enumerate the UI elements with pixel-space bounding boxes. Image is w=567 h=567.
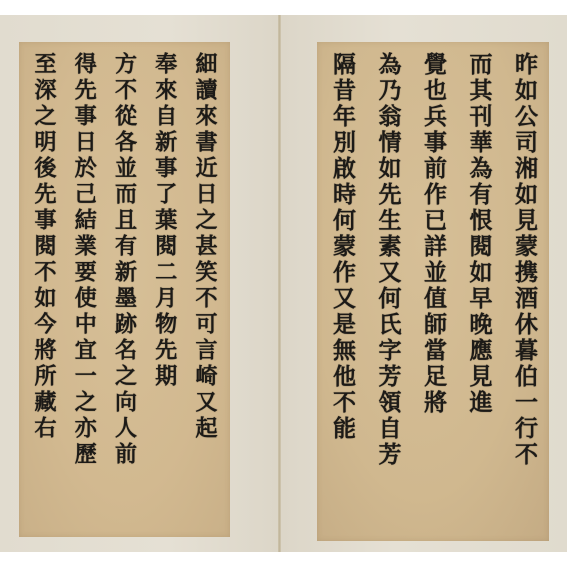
calligraphy-column: 細讀來書近日之甚笑不可言崎又起 <box>190 52 220 529</box>
right-text-columns: 昨如公司湘如見蒙携酒休暮伯一行不 而其刊華為有恨閱如早晚應見進 覺也兵事前作已詳… <box>317 42 549 541</box>
calligraphy-column: 得先事日於己結業要使中宜一之亦歷 <box>69 52 99 529</box>
calligraphy-column: 昨如公司湘如見蒙携酒休暮伯一行不 <box>509 52 539 533</box>
calligraphy-column: 奉來自新事了葉閱二月物先期 <box>150 52 180 529</box>
left-text-columns: 細讀來書近日之甚笑不可言崎又起 奉來自新事了葉閱二月物先期 方不從各並而且有新墨… <box>19 42 230 537</box>
album-spread: 細讀來書近日之甚笑不可言崎又起 奉來自新事了葉閱二月物先期 方不從各並而且有新墨… <box>0 15 567 552</box>
calligraphy-column: 方不從各並而且有新墨跡名之向人前 <box>110 52 140 529</box>
calligraphy-column: 而其刊華為有恨閱如早晚應見進 <box>464 52 494 533</box>
album-center-fold <box>278 15 281 552</box>
calligraphy-column: 覺也兵事前作已詳並值師當足將 <box>418 52 448 533</box>
calligraphy-column: 隔昔年別啟時何蒙作又是無他不能 <box>327 52 357 533</box>
left-calligraphy-panel: 細讀來書近日之甚笑不可言崎又起 奉來自新事了葉閱二月物先期 方不從各並而且有新墨… <box>19 42 230 537</box>
calligraphy-column: 至深之明後先事閱不如今將所藏右 <box>29 52 59 529</box>
calligraphy-column: 為乃翁情如先生素又何氏字芳領自芳 <box>373 52 403 533</box>
left-album-leaf: 細讀來書近日之甚笑不可言崎又起 奉來自新事了葉閱二月物先期 方不從各並而且有新墨… <box>0 15 279 552</box>
right-calligraphy-panel: 昨如公司湘如見蒙携酒休暮伯一行不 而其刊華為有恨閱如早晚應見進 覺也兵事前作已詳… <box>317 42 549 541</box>
